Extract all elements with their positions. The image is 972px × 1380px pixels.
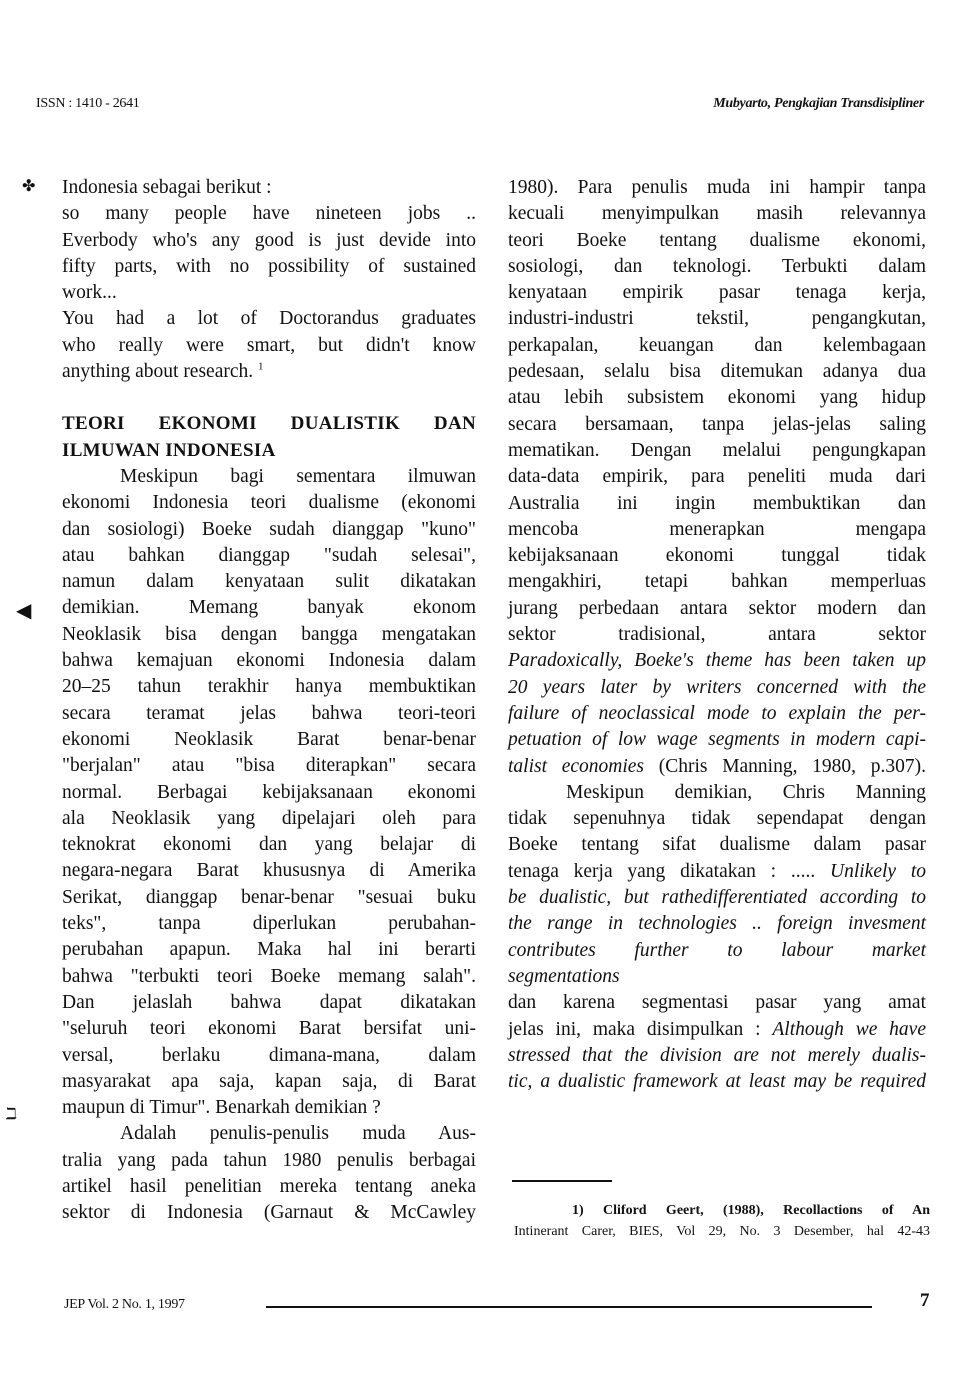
quote-line: 20 years later by writers concerned with…: [508, 675, 926, 701]
paragraph: Adalah penulis-penulis muda Aus- tralia …: [62, 1121, 476, 1226]
text-line: kebijaksanaan ekonomi tunggal tidak: [508, 543, 926, 569]
quote-line: Everbody who's any good is just devide i…: [62, 228, 476, 254]
text-line: bahwa "terbukti teori Boeke memang salah…: [62, 964, 476, 990]
text-line: Adalah penulis-penulis muda Aus-: [62, 1121, 476, 1147]
text-line: Meskipun demikian, Chris Manning: [508, 780, 926, 806]
quote-line: so many people have nineteen jobs ..: [62, 201, 476, 227]
section-heading: TEORI EKONOMI DUALISTIK DAN ILMUWAN INDO…: [62, 411, 476, 464]
footer-journal: JEP Vol. 2 No. 1, 1997: [64, 1297, 185, 1313]
right-column: 1980). Para penulis muda ini hampir tanp…: [508, 175, 926, 1095]
inline-quote: stressed that the division are not merel…: [508, 1043, 926, 1096]
footnote-line: Intinerant Carer, BIES, Vol 29, No. 3 De…: [514, 1221, 930, 1242]
text-line: ekonomi Indonesia teori dualisme (ekonom…: [62, 490, 476, 516]
text-line: dan sosiologi) Boeke sudah dianggap "kun…: [62, 517, 476, 543]
quote-line: talist economies (Chris Manning, 1980, p…: [508, 754, 926, 780]
text-line: secara teramat jelas bahwa teori-teori: [62, 701, 476, 727]
inline-quote: be dualistic, but rathedifferentiated ac…: [508, 885, 926, 990]
text-line: tenaga kerja yang dikatakan : ..... Unli…: [508, 859, 926, 885]
text-line: versal, berlaku dimana-mana, dalam: [62, 1043, 476, 1069]
quote-line-text: talist economies: [508, 756, 644, 777]
text-line: dan karena segmentasi pasar yang amat: [508, 990, 926, 1016]
text-line: namun dalam kenyataan sulit dikatakan: [62, 569, 476, 595]
text-line: Boeke tentang sifat dualisme dalam pasar: [508, 832, 926, 858]
text-line: sosiologi, dan teknologi. Terbukti dalam: [508, 254, 926, 280]
text-line: sektor tradisional, antara sektor: [508, 622, 926, 648]
text-line: 20–25 tahun terakhir hanya membuktikan: [62, 674, 476, 700]
quote-start: Although we have: [772, 1019, 926, 1040]
text-line: mengakhiri, tetapi bahkan memperluas: [508, 569, 926, 595]
text-line: masyarakat apa saja, kapan saja, di Bara…: [62, 1069, 476, 1095]
text-line: tidak sepenuhnya tidak sependapat dengan: [508, 806, 926, 832]
text-line: teks", tanpa diperlukan perubahan-: [62, 911, 476, 937]
quote-line: Paradoxically, Boeke's theme has been ta…: [508, 648, 926, 674]
text-lead: jelas ini, maka disimpulkan :: [508, 1019, 772, 1040]
paragraph: Meskipun demikian, Chris Manning tidak s…: [508, 780, 926, 990]
margin-arrow-icon: ◀: [16, 598, 31, 623]
text-line: mematikan. Dengan melalui pengungkapan: [508, 438, 926, 464]
footnote-line: 1) Cliford Geert, (1988), Recollactions …: [514, 1200, 930, 1221]
text-line: Dan jelaslah bahwa dapat dikatakan: [62, 990, 476, 1016]
text-line: Meskipun bagi sementara ilmuwan: [62, 464, 476, 490]
text-line: jelas ini, maka disimpulkan : Although w…: [508, 1017, 926, 1043]
page-number: 7: [920, 1290, 930, 1312]
text-line: tralia yang pada tahun 1980 penulis berb…: [62, 1148, 476, 1174]
margin-mark-icon: ✤: [22, 176, 35, 196]
quote-line: You had a lot of Doctorandus graduates: [62, 306, 476, 332]
footnote: 1) Cliford Geert, (1988), Recollactions …: [514, 1200, 930, 1242]
text-line: data-data empirik, para peneliti muda da…: [508, 464, 926, 490]
text-line: jurang perbedaan antara sektor modern da…: [508, 596, 926, 622]
block-quote-geertz: so many people have nineteen jobs .. Eve…: [62, 201, 476, 385]
left-column: Indonesia sebagai berikut : so many peop…: [62, 175, 476, 1227]
quote-line: segmentations: [508, 964, 926, 990]
text-line: kenyataan empirik pasar tenaga kerja,: [508, 280, 926, 306]
quote-line: who really were smart, but didn't know: [62, 333, 476, 359]
text-line: ala Neoklasik yang dipelajari oleh para: [62, 806, 476, 832]
footnote-reference[interactable]: 1: [258, 361, 264, 373]
quote-line: petuation of low wage segments in modern…: [508, 727, 926, 753]
text-line: atau bahkan dianggap "sudah selesai",: [62, 543, 476, 569]
quote-line: be dualistic, but rathedifferentiated ac…: [508, 885, 926, 911]
quote-line: contributes further to labour market: [508, 938, 926, 964]
quote-line: fifty parts, with no possibility of sust…: [62, 254, 476, 280]
quote-line: failure of neoclassical mode to explain …: [508, 701, 926, 727]
inline-quote-manning: Paradoxically, Boeke's theme has been ta…: [508, 648, 926, 779]
page-header-running-title: Mubyarto, Pengkajian Transdisipliner: [713, 96, 924, 112]
text-line: "seluruh teori ekonomi Barat bersifat un…: [62, 1016, 476, 1042]
text-line: industri-industri tekstil, pengangkutan,: [508, 306, 926, 332]
text-line: teknokrat ekonomi dan yang belajar di: [62, 832, 476, 858]
text-line: ekonomi Neoklasik Barat benar-benar: [62, 727, 476, 753]
quote-line: stressed that the division are not merel…: [508, 1043, 926, 1069]
footer-divider: [266, 1306, 872, 1308]
margin-bracket-icon: ℶ: [6, 1104, 17, 1124]
text-line: Australia ini ingin membuktikan dan: [508, 491, 926, 517]
text-line: kecuali menyimpulkan masih relevannya: [508, 201, 926, 227]
quote-line-text: anything about research.: [62, 361, 253, 382]
text-line: Neoklasik bisa dengan bangga mengatakan: [62, 622, 476, 648]
text-line: maupun di Timur". Benarkah demikian ?: [62, 1095, 476, 1121]
text-line: sektor di Indonesia (Garnaut & McCawley: [62, 1200, 476, 1226]
heading-line: ILMUWAN INDONESIA: [62, 438, 476, 464]
footnote-divider: [512, 1180, 612, 1182]
text-line: pedesaan, selalu bisa ditemukan adanya d…: [508, 359, 926, 385]
quote-line: tic, a dualistic framework at least may …: [508, 1069, 926, 1095]
text-line: teori Boeke tentang dualisme ekonomi,: [508, 228, 926, 254]
quote-line: anything about research. 1: [62, 359, 476, 385]
text-line: perkapalan, keuangan dan kelembagaan: [508, 333, 926, 359]
text-line: 1980). Para penulis muda ini hampir tanp…: [508, 175, 926, 201]
text-line: atau lebih subsistem ekonomi yang hidup: [508, 385, 926, 411]
text-line: negara-negara Barat khususnya di Amerika: [62, 858, 476, 884]
citation: (Chris Manning, 1980, p.307).: [644, 756, 926, 777]
text-line: demikian. Memang banyak ekonom: [62, 595, 476, 621]
text-line: perubahan apapun. Maka hal ini berarti: [62, 937, 476, 963]
text-lead: tenaga kerja yang dikatakan : .....: [508, 861, 830, 882]
text-line: mencoba menerapkan mengapa: [508, 517, 926, 543]
text-line: normal. Berbagai kebijaksanaan ekonomi: [62, 780, 476, 806]
paragraph: Meskipun bagi sementara ilmuwan ekonomi …: [62, 464, 476, 1121]
quote-line: the range in technologies .. foreign inv…: [508, 911, 926, 937]
paragraph: 1980). Para penulis muda ini hampir tanp…: [508, 175, 926, 648]
text-line: bahwa kemajuan ekonomi Indonesia dalam: [62, 648, 476, 674]
quote-line: work...: [62, 280, 476, 306]
text-line: Serikat, dianggap benar-benar "sesuai bu…: [62, 885, 476, 911]
text-line: artikel hasil penelitian mereka tentang …: [62, 1174, 476, 1200]
page-header-issn: ISSN : 1410 - 2641: [36, 96, 140, 112]
heading-line: TEORI EKONOMI DUALISTIK DAN: [62, 411, 476, 437]
text-line: secara bersamaan, tanpa jelas-jelas sali…: [508, 412, 926, 438]
text-line: "berjalan" atau "bisa diterapkan" secara: [62, 753, 476, 779]
intro-text: Indonesia sebagai berikut :: [62, 175, 476, 201]
quote-start: Unlikely to: [830, 861, 926, 882]
paragraph: dan karena segmentasi pasar yang amat je…: [508, 990, 926, 1095]
